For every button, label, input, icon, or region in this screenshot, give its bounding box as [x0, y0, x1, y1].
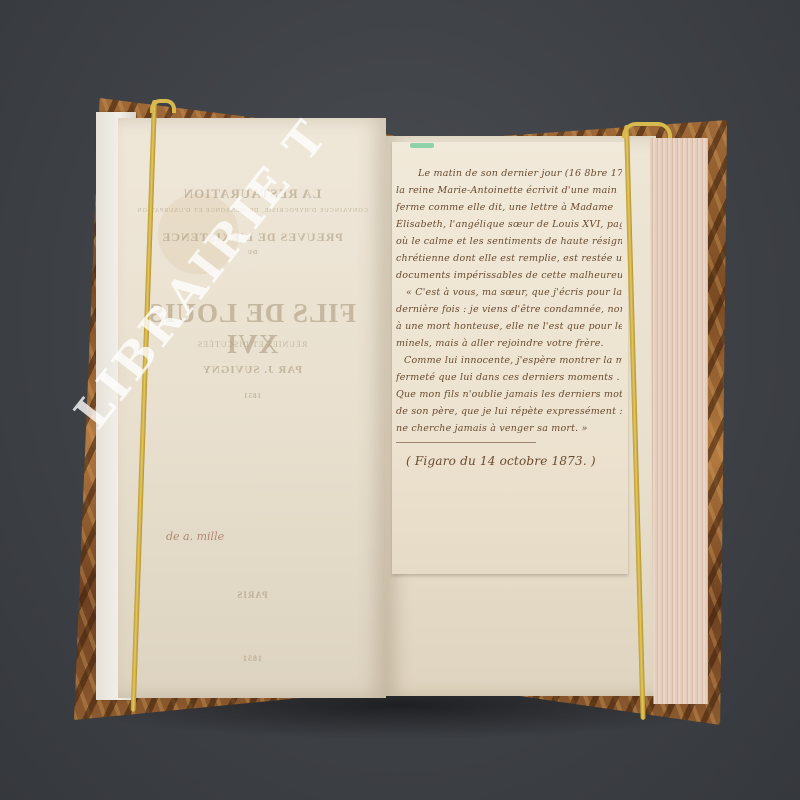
note-line: à une mort honteuse, elle ne l'est que p…: [396, 321, 622, 332]
note-line: fermeté que lui dans ces derniers moment…: [396, 372, 622, 383]
right-band-loop: [622, 122, 672, 138]
note-line: Comme lui innocente, j'espère montrer la…: [404, 355, 622, 366]
note-line: ferme comme elle dit, une lettre à Madam…: [396, 202, 622, 213]
mirrored-year-line: 1851: [118, 392, 386, 400]
handwritten-inscription: de a. mille: [166, 530, 224, 543]
note-line: minels, mais à aller rejoindre votre frè…: [396, 338, 622, 349]
left-band-loop: [150, 99, 176, 113]
note-line: « C'est à vous, ma sœur, que j'écris pou…: [406, 287, 622, 298]
note-line: de son père, que je lui répète expressém…: [396, 406, 622, 417]
handwritten-note: Le matin de son dernier jour (16 8bre 17…: [392, 142, 628, 574]
note-line: Que mon fils n'oublie jamais les dernier…: [396, 389, 622, 400]
note-divider: [396, 442, 536, 443]
mirrored-paris-line: PARIS: [118, 590, 386, 600]
note-line: Élisabeth, l'angélique sœur de Louis XVI…: [396, 219, 622, 230]
green-bookmark-tab: [410, 143, 434, 148]
note-line: la reine Marie-Antoinette écrivit d'une …: [396, 185, 622, 196]
note-line: Le matin de son dernier jour (16 8bre 17…: [418, 168, 622, 179]
note-signature: ( Figaro du 14 octobre 1873. ): [406, 454, 622, 468]
note-line: ne cherche jamais à venger sa mort. »: [396, 423, 622, 434]
note-line: dernière fois : je viens d'être condamné…: [396, 304, 622, 315]
page-edges: [650, 138, 708, 704]
note-line: où le calme et les sentiments de haute r…: [396, 236, 622, 247]
mirrored-bottom-year: 1851: [118, 654, 386, 663]
note-line: chrétienne dont elle est remplie, est re…: [396, 253, 622, 264]
note-line: documents impérissables de cette malheur…: [396, 270, 622, 281]
